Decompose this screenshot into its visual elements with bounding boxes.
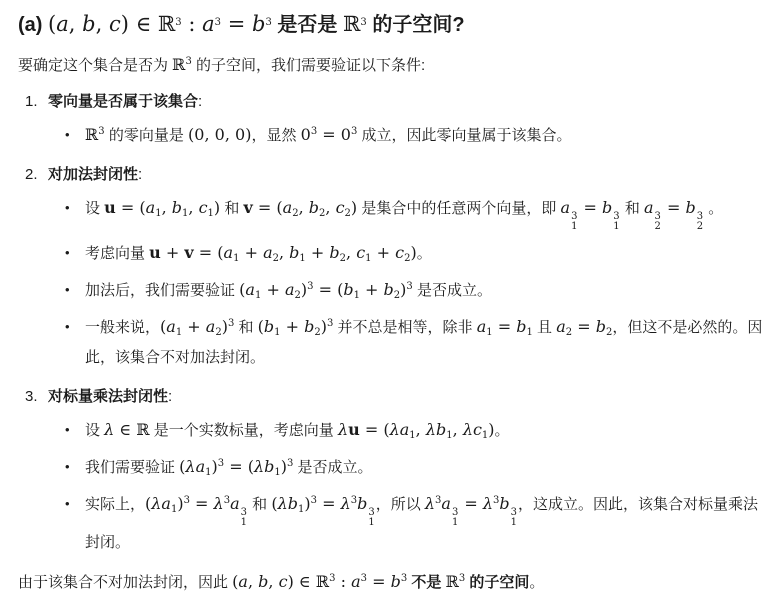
text-run: : — [138, 166, 142, 183]
sup-sub-stack: 31 — [241, 508, 247, 528]
sup-sub-stack: 32 — [655, 212, 661, 232]
superscript: 3 — [218, 458, 224, 469]
subscript: 1 — [368, 518, 374, 528]
subscript: 1 — [171, 504, 177, 515]
text-run: : — [168, 388, 172, 405]
math-variable: a — [283, 198, 293, 217]
condition-item: 2.对加法封闭性:•设 u = (a1, b1, c1) 和 v = (a2, … — [18, 163, 768, 373]
subscript: 1 — [482, 430, 488, 441]
subscript: 1 — [613, 222, 619, 232]
answer-document: (a) (a, b, c) ∈ ℝ3 : a3 = b3 是否是 ℝ3 的子空间… — [18, 10, 768, 595]
math-inline: v — [244, 198, 253, 217]
math-inline: a32 = b32 — [644, 198, 704, 217]
math-inline: (a1 + a2)3 = (b1 + b2)3 — [239, 280, 413, 299]
bullet-item: •设 u = (a1, b1, c1) 和 v = (a2, b2, c2) 是… — [65, 193, 768, 232]
subscript: 2 — [294, 290, 300, 301]
math-variable: λ — [483, 494, 493, 513]
math-inline: λ ∈ ℝ — [104, 420, 149, 439]
math-variable: b — [82, 12, 95, 36]
text-run: 实际上， — [85, 496, 145, 513]
math-inline: (a, b, c) ∈ ℝ3 : a3 = b3 — [48, 12, 272, 36]
math-variable: a — [400, 420, 410, 439]
math-variable: a — [477, 317, 487, 336]
math-inline: = (λa1, λb1, λc1) — [360, 420, 495, 439]
bullet-text: 考虑向量 u + v = (a1 + a2, b1 + b2, c1 + c2)… — [85, 238, 768, 269]
text-run: 设 — [85, 200, 104, 217]
math-variable: a — [561, 198, 571, 217]
math-variable: b — [289, 243, 299, 262]
bullet-icon: • — [65, 489, 85, 558]
math-variable: c — [279, 572, 288, 591]
math-variable: b — [264, 457, 274, 476]
math-variable: b — [172, 198, 182, 217]
math-variable: b — [252, 12, 265, 36]
math-variable: b — [309, 198, 319, 217]
math-variable: b — [391, 572, 401, 591]
math-variable: a — [161, 494, 171, 513]
bullet-text: 实际上，(λa1)3 = λ3a31 和 (λb1)3 = λ3b31，所以 λ… — [85, 489, 768, 558]
math-variable: c — [395, 243, 404, 262]
text-run: 。 — [495, 422, 510, 439]
text-run: 的零向量是 — [105, 127, 188, 144]
text-run: 和 — [234, 319, 257, 336]
subscript: 1 — [155, 208, 161, 219]
text-run: 加法后，我们需要验证 — [85, 282, 239, 299]
math-variable: λ — [278, 494, 288, 513]
math-variable: a — [224, 243, 234, 262]
math-variable: λ — [151, 494, 161, 513]
superscript: 3 — [311, 495, 317, 506]
math-inline: + — [161, 243, 185, 262]
bullet-text: 一般来说，(a1 + a2)3 和 (b1 + b2)3 并不总是相等，除非 a… — [85, 312, 768, 373]
math-variable: λ — [214, 494, 224, 513]
math-inline: (λa1)3 = λ3a31 — [145, 494, 248, 513]
bullet-icon: • — [65, 452, 85, 483]
math-variable: b — [343, 280, 353, 299]
math-variable: a — [245, 280, 255, 299]
text-run: 。 — [704, 200, 723, 217]
math-variable: a — [230, 494, 240, 513]
subscript: 2 — [319, 208, 325, 219]
text-run: 考虑向量 — [85, 245, 149, 262]
condition-item: 1.零向量是否属于该集合:•ℝ3 的零向量是 (0, 0, 0)，显然 03 =… — [18, 90, 768, 151]
condition-heading: 2.对加法封闭性: — [18, 163, 768, 187]
subscript: 1 — [365, 253, 371, 264]
condition-item: 3.对标量乘法封闭性:•设 λ ∈ ℝ 是一个实数标量，考虑向量 λu = (λ… — [18, 385, 768, 558]
subscript: 2 — [655, 222, 661, 232]
math-variable: c — [109, 12, 121, 36]
bullet-text: 设 u = (a1, b1, c1) 和 v = (a2, b2, c2) 是集… — [85, 193, 768, 232]
bullet-icon: • — [65, 275, 85, 306]
text-run: 不是 — [407, 574, 445, 591]
math-variable: λ — [338, 420, 348, 439]
text-run: 我们需要验证 — [85, 459, 179, 476]
text-run: 且 — [533, 319, 556, 336]
bullet-item: •ℝ3 的零向量是 (0, 0, 0)，显然 03 = 03 成立，因此零向量属… — [65, 120, 768, 151]
text-run: 成立，因此零向量属于该集合。 — [357, 127, 571, 144]
math-variable: b — [602, 198, 612, 217]
math-variable: a — [196, 457, 206, 476]
math-variable: b — [384, 280, 394, 299]
math-inline: λ3a31 = λ3b31 — [425, 494, 518, 513]
item-number: 2. — [25, 163, 48, 187]
subscript: 1 — [511, 518, 517, 528]
text-run: 要确定这个集合是否为 — [18, 57, 172, 74]
math-inline: λ — [338, 420, 348, 439]
math-variable: λ — [463, 420, 473, 439]
condition-heading: 1.零向量是否属于该集合: — [18, 90, 768, 114]
subscript: 1 — [299, 253, 305, 264]
bullet-list: •设 u = (a1, b1, c1) 和 v = (a2, b2, c2) 是… — [18, 193, 768, 373]
subscript: 2 — [340, 253, 346, 264]
subscript: 1 — [452, 518, 458, 528]
math-variable: b — [499, 494, 509, 513]
text-run: 并不总是相等，除非 — [333, 319, 476, 336]
sup-sub-stack: 31 — [511, 508, 517, 528]
math-variable: λ — [254, 457, 264, 476]
bullet-icon: • — [65, 120, 85, 151]
subscript: 2 — [314, 327, 320, 338]
math-variable: b — [516, 317, 526, 336]
bullet-icon: • — [65, 238, 85, 269]
subscript: 2 — [404, 253, 410, 264]
subscript: 2 — [697, 222, 703, 232]
math-inline: = (a2, b2, c2) — [253, 198, 357, 217]
subscript: 1 — [208, 208, 214, 219]
math-variable: b — [686, 198, 696, 217]
math-variable: a — [166, 317, 176, 336]
text-run: : — [198, 93, 202, 110]
math-inline: v — [184, 243, 193, 262]
text-run: 的子空间? — [367, 14, 465, 36]
bullet-item: •一般来说，(a1 + a2)3 和 (b1 + b2)3 并不总是相等，除非 … — [65, 312, 768, 373]
bullet-item: •考虑向量 u + v = (a1 + a2, b1 + b2, c1 + c2… — [65, 238, 768, 269]
math-inline: u — [149, 243, 161, 262]
subscript: 2 — [215, 327, 221, 338]
question-heading: (a) (a, b, c) ∈ ℝ3 : a3 = b3 是否是 ℝ3 的子空间… — [18, 10, 768, 39]
text-run: 设 — [85, 422, 104, 439]
math-inline: (λb1)3 = λ3b31 — [271, 494, 375, 513]
sup-sub-stack: 31 — [368, 508, 374, 528]
math-inline: ℝ3 — [343, 12, 367, 36]
condition-heading: 3.对标量乘法封闭性: — [18, 385, 768, 409]
item-number: 1. — [25, 90, 48, 114]
text-run: 对标量乘法封闭性 — [48, 388, 168, 405]
math-inline: a1 = b1 — [477, 317, 533, 336]
text-run: 和 — [621, 200, 644, 217]
math-inline: ℝ3 — [446, 572, 466, 591]
item-number: 3. — [25, 385, 48, 409]
text-run: 由于该集合不对加法封闭，因此 — [18, 574, 232, 591]
math-variable: a — [263, 243, 273, 262]
text-run: 的子空间 — [465, 574, 529, 591]
bullet-text: ℝ3 的零向量是 (0, 0, 0)，显然 03 = 03 成立，因此零向量属于… — [85, 120, 768, 151]
math-variable: b — [288, 494, 298, 513]
text-run: 是否成立。 — [413, 282, 492, 299]
superscript: 3 — [215, 17, 221, 28]
math-variable: b — [596, 317, 606, 336]
math-inline: a31 = b31 — [561, 198, 621, 217]
text-run: ，所以 — [376, 496, 425, 513]
bullet-item: •实际上，(λa1)3 = λ3a31 和 (λb1)3 = λ3b31，所以 … — [65, 489, 768, 558]
conclusion-paragraph: 由于该集合不对加法封闭，因此 (a, b, c) ∈ ℝ3 : a3 = b3 … — [18, 570, 768, 595]
subscript: 1 — [409, 430, 415, 441]
math-inline: a2 = b2 — [556, 317, 612, 336]
subscript: 1 — [176, 327, 182, 338]
math-variable: b — [264, 317, 274, 336]
subscript: 2 — [292, 208, 298, 219]
superscript: 3 — [175, 17, 181, 28]
math-variable: a — [202, 12, 215, 36]
math-variable: c — [336, 198, 345, 217]
subscript: 1 — [205, 467, 211, 478]
math-variable: a — [644, 198, 654, 217]
bullet-text: 加法后，我们需要验证 (a1 + a2)3 = (b1 + b2)3 是否成立。 — [85, 275, 768, 306]
text-run: ，显然 — [251, 127, 300, 144]
text-run: 对加法封闭性 — [48, 166, 138, 183]
text-run: 。 — [529, 574, 544, 591]
sup-sub-stack: 32 — [697, 212, 703, 232]
math-variable: b — [436, 420, 446, 439]
math-variable: a — [146, 198, 156, 217]
math-variable: a — [441, 494, 451, 513]
math-variable: a — [56, 12, 69, 36]
math-inline: ℝ3 — [85, 125, 105, 144]
math-variable: c — [473, 420, 482, 439]
math-inline: 03 = 03 — [301, 125, 358, 144]
math-inline: u — [104, 198, 116, 217]
bullet-text: 我们需要验证 (λa1)3 = (λb1)3 是否成立。 — [85, 452, 768, 483]
bullet-icon: • — [65, 415, 85, 446]
math-variable: λ — [390, 420, 400, 439]
text-run: 和 — [220, 200, 243, 217]
math-variable: c — [199, 198, 208, 217]
text-run: 。 — [417, 245, 432, 262]
math-inline: (b1 + b2)3 — [258, 317, 334, 336]
subscript: 2 — [273, 253, 279, 264]
math-variable: a — [351, 572, 361, 591]
math-inline: ℝ3 — [172, 55, 192, 74]
bullet-text: 设 λ ∈ ℝ 是一个实数标量，考虑向量 λu = (λa1, λb1, λc1… — [85, 415, 768, 446]
bullet-item: •设 λ ∈ ℝ 是一个实数标量，考虑向量 λu = (λa1, λb1, λc… — [65, 415, 768, 446]
math-variable: b — [357, 494, 367, 513]
subscript: 1 — [446, 430, 452, 441]
math-variable: a — [206, 317, 216, 336]
math-variable: λ — [341, 494, 351, 513]
superscript: 3 — [361, 573, 367, 584]
subscript: 1 — [233, 253, 239, 264]
subscript: 1 — [241, 518, 247, 528]
math-inline: (λa1)3 = (λb1)3 — [179, 457, 293, 476]
math-variable: b — [258, 572, 268, 591]
text-run: 和 — [248, 496, 271, 513]
math-inline: = (a1, b1, c1) — [116, 198, 220, 217]
math-variable: b — [304, 317, 314, 336]
sup-sub-stack: 31 — [571, 212, 577, 232]
subscript: 2 — [566, 327, 572, 338]
text-run: (a) — [18, 14, 48, 36]
math-variable: λ — [185, 457, 195, 476]
subscript: 1 — [255, 290, 261, 301]
math-inline: (a, b, c) ∈ ℝ3 : a3 = b3 — [232, 572, 407, 591]
condition-title: 对加法封闭性: — [48, 163, 142, 187]
superscript: 3 — [307, 281, 313, 292]
math-inline: (0, 0, 0) — [188, 125, 251, 144]
subscript: 1 — [571, 222, 577, 232]
conditions-list: 1.零向量是否属于该集合:•ℝ3 的零向量是 (0, 0, 0)，显然 03 =… — [18, 90, 768, 558]
superscript: 3 — [184, 495, 190, 506]
text-run: 是集合中的任意两个向量，即 — [357, 200, 560, 217]
math-inline: = (a1 + a2, b1 + b2, c1 + c2) — [194, 243, 417, 262]
math-variable: a — [238, 572, 248, 591]
subscript: 1 — [274, 467, 280, 478]
intro-paragraph: 要确定这个集合是否为 ℝ3 的子空间，我们需要验证以下条件: — [18, 53, 768, 78]
sup-sub-stack: 31 — [452, 508, 458, 528]
text-run: 的子空间，我们需要验证以下条件: — [192, 57, 425, 74]
bullet-icon: • — [65, 193, 85, 232]
text-run: 是一个实数标量，考虑向量 — [150, 422, 338, 439]
math-inline: (a1 + a2)3 — [160, 317, 234, 336]
sup-sub-stack: 31 — [613, 212, 619, 232]
text-run: 一般来说， — [85, 319, 160, 336]
bullet-icon: • — [65, 312, 85, 373]
subscript: 2 — [345, 208, 351, 219]
subscript: 1 — [354, 290, 360, 301]
superscript: 3 — [329, 573, 335, 584]
condition-title: 零向量是否属于该集合: — [48, 90, 202, 114]
condition-title: 对标量乘法封闭性: — [48, 385, 172, 409]
math-variable: λ — [104, 420, 114, 439]
subscript: 1 — [298, 504, 304, 515]
math-variable: a — [556, 317, 566, 336]
subscript: 1 — [486, 327, 492, 338]
bullet-item: •加法后，我们需要验证 (a1 + a2)3 = (b1 + b2)3 是否成立… — [65, 275, 768, 306]
superscript: 3 — [311, 126, 317, 137]
math-variable: λ — [425, 494, 435, 513]
text-run: 是否成立。 — [293, 459, 372, 476]
bullet-item: •我们需要验证 (λa1)3 = (λb1)3 是否成立。 — [65, 452, 768, 483]
math-variable: c — [356, 243, 365, 262]
bullet-list: •ℝ3 的零向量是 (0, 0, 0)，显然 03 = 03 成立，因此零向量属… — [18, 120, 768, 151]
subscript: 1 — [274, 327, 280, 338]
subscript: 1 — [182, 208, 188, 219]
subscript: 2 — [394, 290, 400, 301]
math-variable: b — [329, 243, 339, 262]
text-run: 是否是 — [272, 14, 343, 36]
text-run: 零向量是否属于该集合 — [48, 93, 198, 110]
math-variable: λ — [426, 420, 436, 439]
bullet-list: •设 λ ∈ ℝ 是一个实数标量，考虑向量 λu = (λa1, λb1, λc… — [18, 415, 768, 558]
math-inline: u — [348, 420, 360, 439]
